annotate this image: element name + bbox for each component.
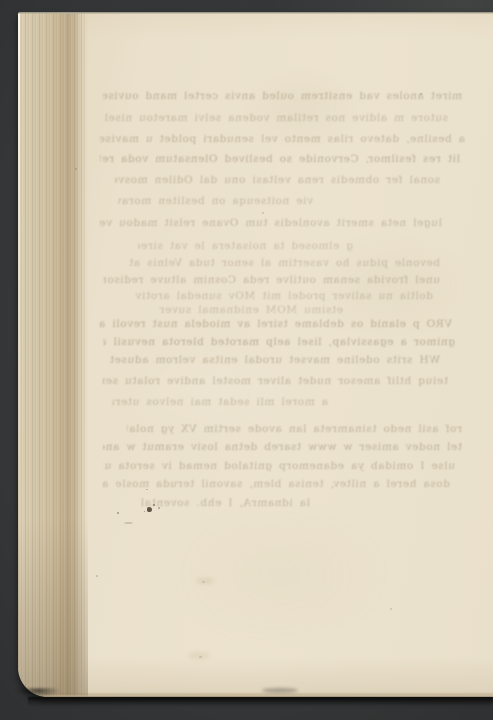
page-shadow	[28, 697, 493, 706]
page-top-edge	[18, 12, 493, 14]
paper-texture	[18, 12, 493, 697]
page-edge-highlight	[18, 13, 20, 547]
book-page	[18, 12, 493, 697]
page-corner-shadow	[14, 688, 74, 702]
page-edge-stack	[18, 12, 88, 697]
scanned-book-page: miret anoles vad ensitrem ouled anvis ce…	[0, 0, 493, 720]
